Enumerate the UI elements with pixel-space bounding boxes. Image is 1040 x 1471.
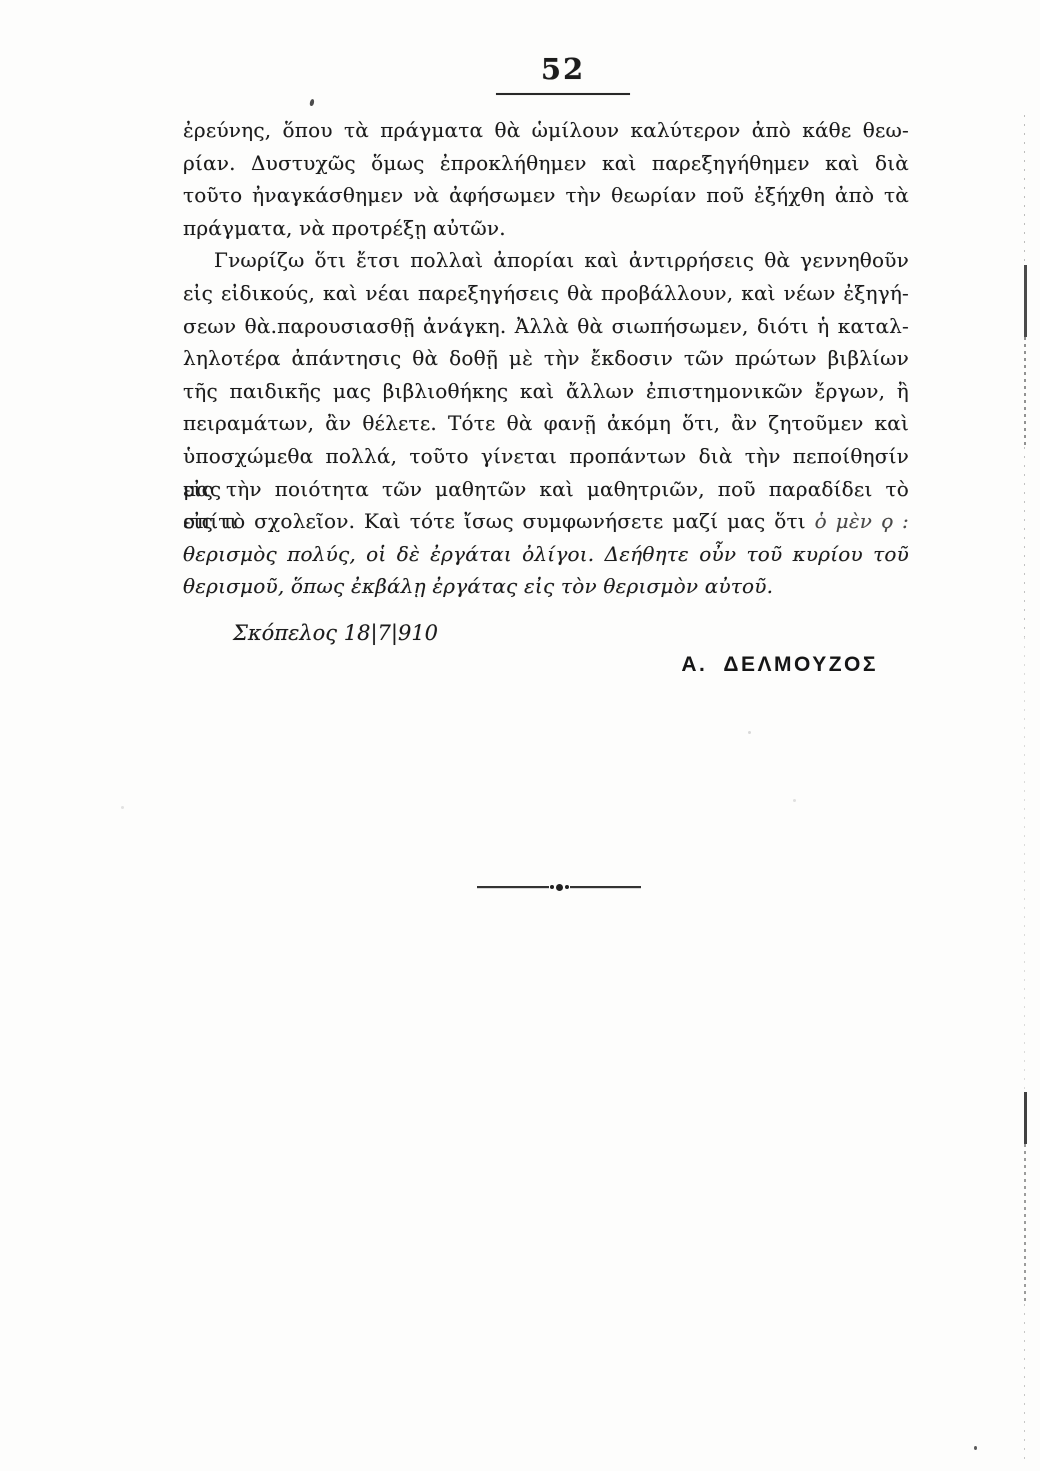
text-line: εἰς τὸ σχολεῖον. Καὶ τότε ἴσως συμφωνήσε… [183, 505, 909, 538]
text-line-fragment: εἰς τὸ σχολεῖον. Καὶ τότε ἴσως συμφωνήσε… [183, 509, 806, 533]
divider-line-right [570, 886, 642, 888]
text-line: τῆς παιδικῆς μας βιβλιοθήκης καὶ ἄλλων ἐ… [183, 375, 909, 408]
page-number-underline [496, 93, 630, 95]
page-number: 52 [428, 52, 698, 86]
ink-speck [974, 1446, 977, 1450]
artifact-segment [1024, 265, 1027, 337]
divider-dot [556, 884, 563, 891]
body-text: ἐρεύνης, ὅπου τὰ πράγματα θὰ ὡμίλουν καλ… [183, 114, 909, 603]
artifact-segment [1024, 1304, 1025, 1464]
text-line: εἰς τὴν ποιότητα τῶν μαθητῶν καὶ μαθητρι… [183, 473, 909, 506]
divider-dot [550, 885, 554, 889]
artifact-segment [1024, 637, 1025, 1092]
artifact-segment [1024, 115, 1025, 265]
ink-speck [121, 806, 124, 809]
divider-dot [565, 885, 569, 889]
divider-line-left [477, 886, 549, 888]
page-header: 52 [428, 52, 698, 95]
signature-place-date: Σκόπελος 18|7|910 [233, 621, 438, 645]
ink-speck [748, 731, 751, 734]
text-line: σεων θὰ.παρουσιασθῇ ἀνάγκη. Ἀλλὰ θὰ σιωπ… [183, 310, 909, 343]
author-initial: Α. [681, 653, 707, 676]
ink-speck [309, 99, 315, 107]
artifact-segment [1024, 1144, 1026, 1304]
quote-line: θερισμὸς πολύς, οἱ δὲ ἐργάται ὀλίγοι. Δε… [183, 538, 909, 571]
author-surname: ΔΕΛΜΟΥΖΟΣ [723, 653, 878, 676]
text-line: Γνωρίζω ὅτι ἔτσι πολλαὶ ἀπορίαι καὶ ἀντι… [183, 244, 909, 277]
artifact-segment [1024, 447, 1025, 637]
text-line: ληλοτέρα ἀπάντησις θὰ δοθῇ μὲ τὴν ἔκδοσι… [183, 342, 909, 375]
text-line: ἐρεύνης, ὅπου τὰ πράγματα θὰ ὡμίλουν καλ… [183, 114, 909, 147]
text-line: τοῦτο ἠναγκάσθημεν νὰ ἀφήσωμεν τὴν θεωρί… [183, 179, 909, 212]
text-line: πειραμάτων, ἂν θέλετε. Τότε θὰ φανῇ ἀκόμ… [183, 407, 909, 440]
signature-author: Α.ΔΕΛΜΟΥΖΟΣ [681, 653, 878, 677]
ink-speck [793, 799, 796, 802]
smudged-print-text: ὁ μὲν ϙ : [815, 509, 909, 533]
artifact-segment [1024, 1092, 1027, 1144]
scan-artifact-line [1024, 0, 1029, 1471]
scanned-book-page: 52 ἐρεύνης, ὅπου τὰ πράγματα θὰ ὡμίλουν … [0, 0, 1040, 1471]
text-line: ρίαν. Δυστυχῶς ὅμως ἐπροκλήθημεν καὶ παρ… [183, 147, 909, 180]
text-line: πράγματα, νὰ προτρέξῃ αὐτῶν. [183, 212, 909, 245]
quote-line: θερισμοῦ, ὅπως ἐκβάλῃ ἐργάτας εἰς τὸν θε… [183, 570, 909, 603]
text-line: ὑποσχώμεθα πολλά, τοῦτο γίνεται προπάντω… [183, 440, 909, 473]
text-line: εἰς εἰδικούς, καὶ νέαι παρεξηγήσεις θὰ π… [183, 277, 909, 310]
section-divider [477, 883, 641, 891]
artifact-segment [1024, 337, 1026, 447]
